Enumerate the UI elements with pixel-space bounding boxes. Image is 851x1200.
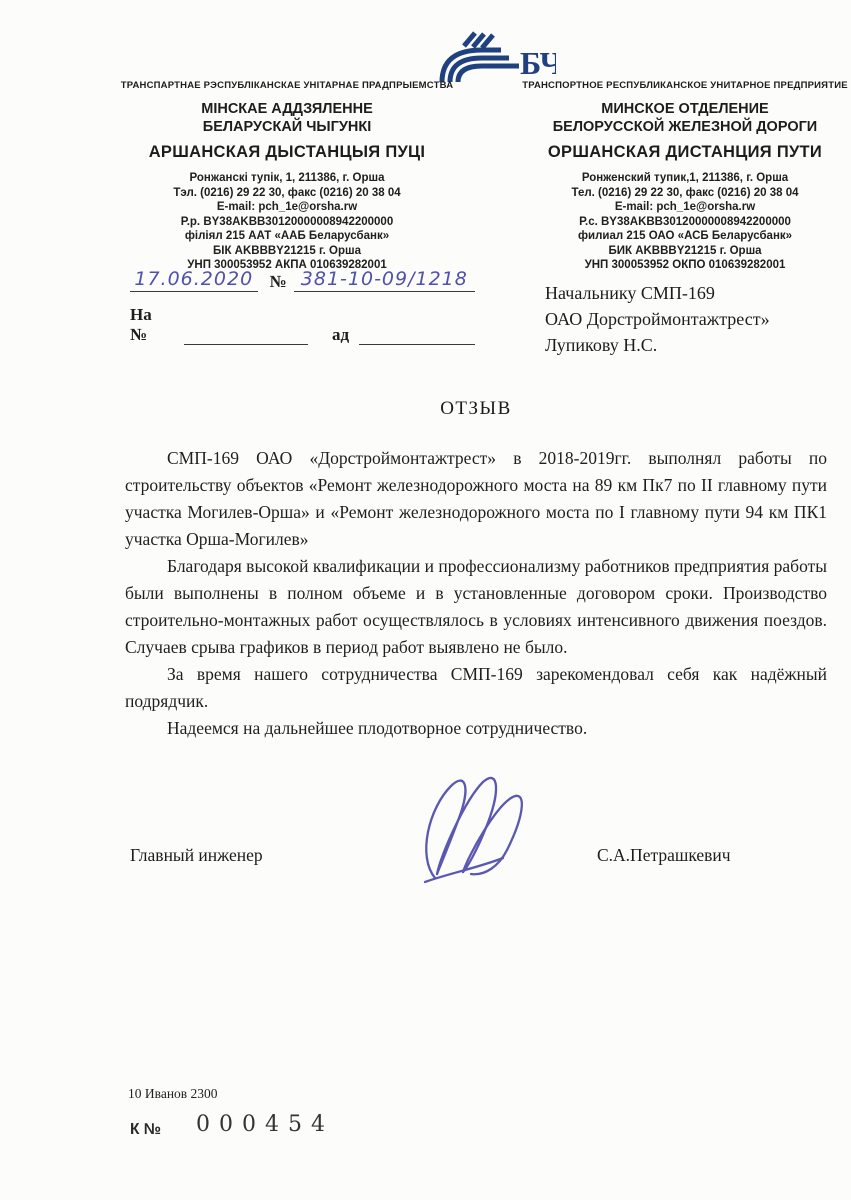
logo-text: БЧ — [520, 45, 556, 81]
header-column-russian: ТРАНСПОРТНОЕ РЕСПУБЛИКАНСКОЕ УНИТАРНОЕ П… — [518, 80, 851, 273]
address-by-line: Тэл. (0216) 29 22 30, факс (0216) 20 38 … — [120, 186, 454, 201]
org-name-ru: МИНСКОЕ ОТДЕЛЕНИЕ БЕЛОРУССКОЙ ЖЕЛЕЗНОЙ Д… — [518, 100, 851, 136]
reply-date-blank-field — [359, 324, 475, 345]
handwritten-number: 381-10-09/1218 — [301, 268, 468, 290]
signer-position: Главный инженер — [130, 845, 263, 866]
body-paragraph: СМП-169 ОАО «Дорстроймонтажтрест» в 2018… — [125, 445, 827, 553]
address-by-line: E-mail: pch_1e@orsha.rw — [120, 200, 454, 215]
org-name-ru-line2: БЕЛОРУССКОЙ ЖЕЛЕЗНОЙ ДОРОГИ — [518, 118, 851, 136]
reply-to-row: На № ад — [130, 305, 475, 345]
address-ru-line: УНП 300053952 ОКПО 010639282001 — [518, 258, 851, 273]
address-ru-line: E-mail: pch_1e@orsha.rw — [518, 200, 851, 215]
na-number-label: На № — [130, 305, 172, 345]
address-ru-line: филиал 215 ОАО «АСБ Беларусбанк» — [518, 229, 851, 244]
date-number-row: 17.06.2020 № 381-10-09/1218 — [130, 268, 475, 292]
handwritten-date: 17.06.2020 — [134, 268, 253, 290]
document-title: ОТЗЫВ — [125, 398, 827, 420]
address-block-by: Ронжанскі тупік, 1, 211386, г. Орша Тэл.… — [120, 171, 454, 273]
body-paragraph: За время нашего сотрудничества СМП-169 з… — [125, 661, 827, 715]
executor-note: 10 Иванов 2300 — [128, 1086, 218, 1102]
org-unit-ru: ОРШАНСКАЯ ДИСТАНЦИЯ ПУТИ — [518, 143, 851, 162]
org-type-ru: ТРАНСПОРТНОЕ РЕСПУБЛИКАНСКОЕ УНИТАРНОЕ П… — [518, 80, 851, 92]
outgoing-number-field: 381-10-09/1218 — [294, 268, 475, 292]
org-name-ru-line1: МИНСКОЕ ОТДЕЛЕНИЕ — [518, 100, 851, 118]
recipient-line: Начальнику СМП-169 — [545, 280, 770, 306]
org-name-by-line2: БЕЛАРУСКАЙ ЧЫГУНКІ — [120, 118, 454, 136]
recipient-block: Начальнику СМП-169 ОАО Дорстроймонтажтре… — [545, 280, 770, 358]
address-ru-line: Р.с. BY38AKBB30120000008942200000 — [518, 215, 851, 230]
date-field: 17.06.2020 — [130, 268, 258, 292]
reference-block: 17.06.2020 № 381-10-09/1218 На № ад — [130, 268, 475, 345]
address-block-ru: Ронженский тупик,1, 211386, г. Орша Тел.… — [518, 171, 851, 273]
address-by-line: БІК AKBBBY21215 г. Орша — [120, 244, 454, 259]
body-paragraph: Надеемся на дальнейшее плодотворное сотр… — [125, 715, 827, 742]
address-by-line: Ронжанскі тупік, 1, 211386, г. Орша — [120, 171, 454, 186]
address-ru-line: Тел. (0216) 29 22 30, факс (0216) 20 38 … — [518, 186, 851, 201]
recipient-line: Лупикову Н.С. — [545, 332, 770, 358]
address-by-line: Р.р. BY38AKBB30120000008942200000 — [120, 215, 454, 230]
header-column-belarusian: ТРАНСПАРТНАЕ РЭСПУБЛІКАНСКАЕ УНІТАРНАЕ П… — [120, 80, 454, 273]
org-type-by: ТРАНСПАРТНАЕ РЭСПУБЛІКАНСКАЕ УНІТАРНАЕ П… — [120, 80, 454, 92]
address-by-line: філіял 215 ААТ «ААБ Беларусбанк» — [120, 229, 454, 244]
belarusian-railway-logo: БЧ — [434, 28, 556, 84]
scanned-letter-page: БЧ ТРАНСПАРТНАЕ РЭСПУБЛІКАНСКАЕ УНІТАРНА… — [0, 0, 851, 1200]
k-number-label: К № — [130, 1121, 161, 1139]
recipient-line: ОАО Дорстроймонтажтрест» — [545, 306, 770, 332]
ad-label: ад — [332, 325, 349, 345]
number-sign-label: № — [270, 272, 287, 292]
address-ru-line: БИК AKBBBY21215 г. Орша — [518, 244, 851, 259]
reply-number-blank-field — [184, 324, 308, 345]
org-name-by: МІНСКАЕ АДДЗЯЛЕННЕ БЕЛАРУСКАЙ ЧЫГУНКІ — [120, 100, 454, 136]
handwritten-signature-icon — [388, 770, 556, 888]
body-paragraph: Благодаря высокой квалификации и професс… — [125, 553, 827, 661]
signer-name: С.А.Петрашкевич — [597, 845, 731, 866]
org-name-by-line1: МІНСКАЕ АДДЗЯЛЕННЕ — [120, 100, 454, 118]
railway-track-icon: БЧ — [434, 28, 556, 84]
org-unit-by: АРШАНСКАЯ ДЫСТАНЦЫЯ ПУЦІ — [120, 143, 454, 162]
stamp-serial-number: 000454 — [196, 1112, 334, 1137]
address-ru-line: Ронженский тупик,1, 211386, г. Орша — [518, 171, 851, 186]
letter-body: ОТЗЫВ СМП-169 ОАО «Дорстроймонтажтрест» … — [125, 398, 827, 742]
